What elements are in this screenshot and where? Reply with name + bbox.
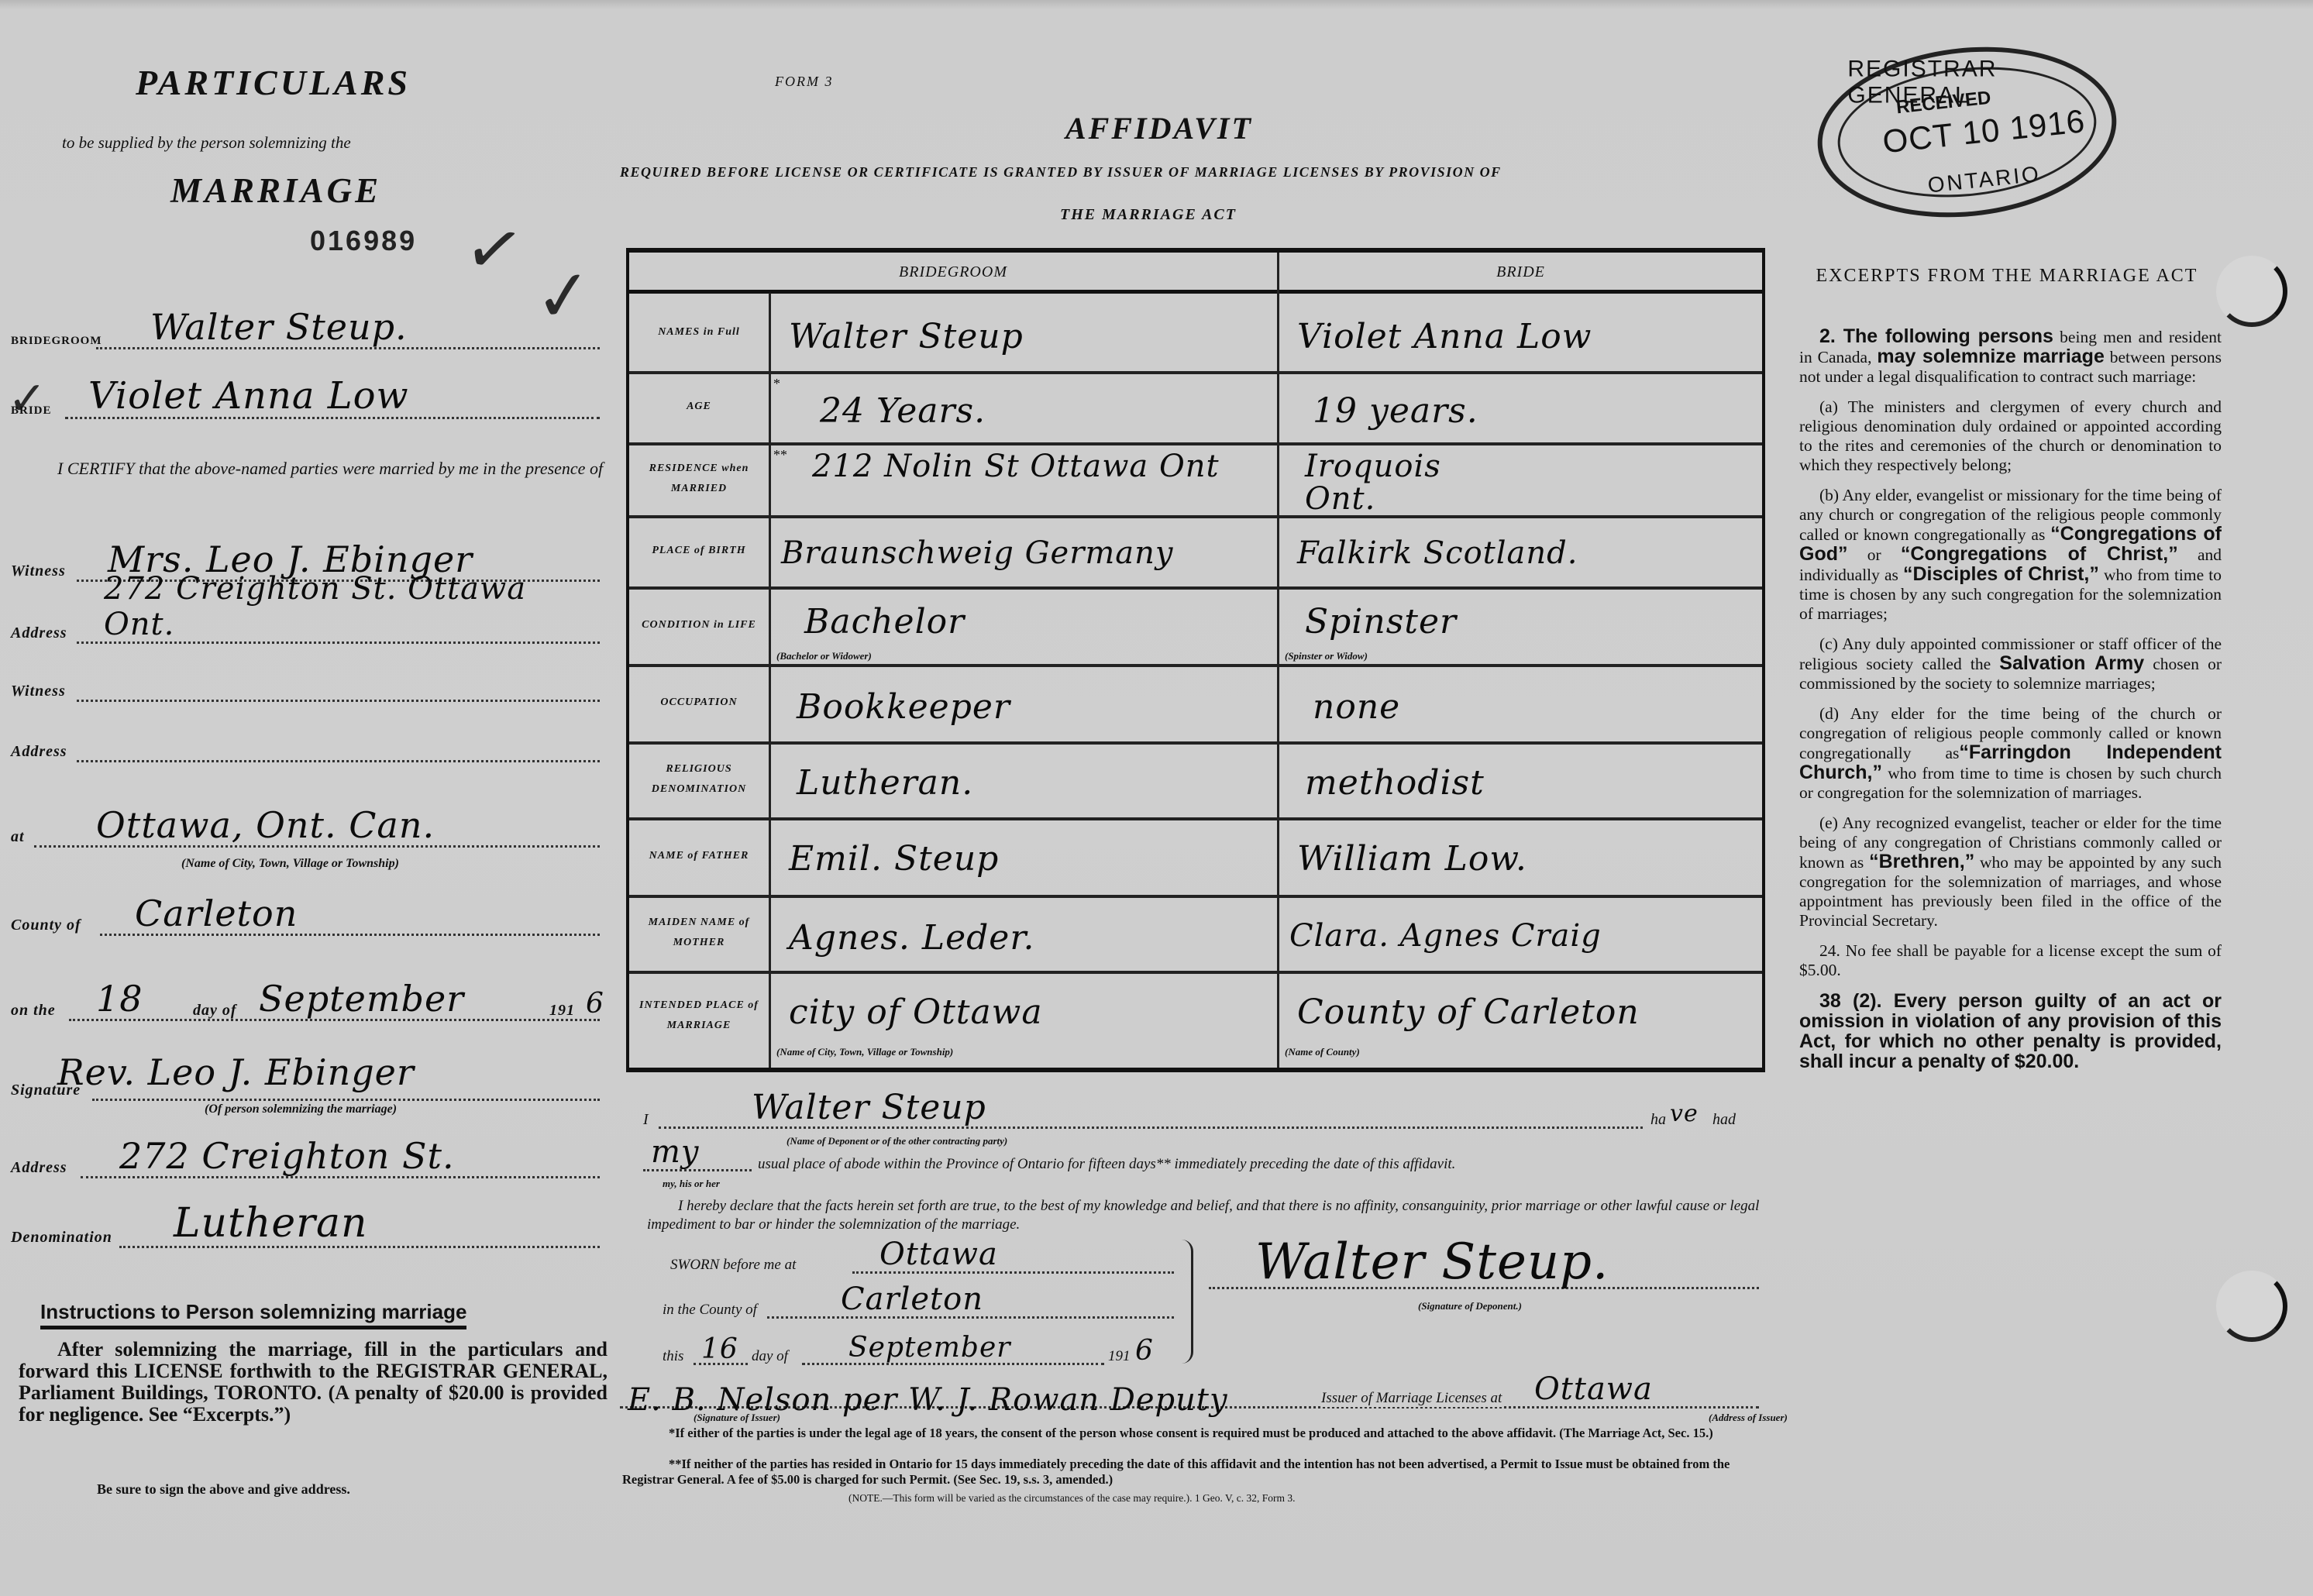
at-label: at — [11, 828, 25, 846]
instructions-note: Be sure to sign the above and give addre… — [97, 1481, 350, 1498]
bride-cell[interactable]: methodist — [1282, 741, 1762, 817]
bridegroom-cell[interactable]: Emil. Steup — [773, 817, 1277, 895]
row-label: NAME of FATHER — [629, 817, 769, 895]
bride-field[interactable]: BRIDE Violet Anna Low — [11, 391, 600, 422]
excerpts-body: 2. The following persons being men and r… — [1799, 327, 2222, 1082]
form-label: FORM 3 — [775, 74, 833, 90]
section-2: 2. The following persons being men and r… — [1799, 327, 2222, 387]
deponent-field[interactable]: I Walter Steup ha ve had — [643, 1089, 1759, 1135]
excerpts-title: EXCERPTS FROM THE MARRIAGE ACT — [1798, 263, 2216, 288]
issuer-address-caption: (Address of Issuer) — [1709, 1412, 1788, 1424]
place-field[interactable]: at Ottawa, Ont. Can. (Name of City, Town… — [11, 820, 600, 851]
address1-value: 272 Creighton St. Ottawa Ont. — [104, 571, 600, 642]
abode-text: usual place of abode within the Province… — [758, 1156, 1455, 1173]
bride-cell[interactable]: William Low. — [1282, 817, 1762, 895]
instructions-title: Instructions to Person solemnizing marri… — [40, 1300, 466, 1329]
section-2a: (a) The ministers and clergymen of every… — [1799, 397, 2222, 475]
abode-value: my — [651, 1134, 700, 1170]
county-field[interactable]: County of Carleton — [11, 908, 600, 939]
witness2-field[interactable]: Witness — [11, 674, 600, 705]
sworn-date-field[interactable]: this 16 day of September 191 6 — [663, 1331, 1174, 1370]
row-label: RESIDENCE when MARRIED — [629, 442, 769, 515]
issuer-field[interactable]: E. B. Nelson per W. J. Rowan Deputy Issu… — [620, 1371, 1759, 1418]
section-38-2: 38 (2). Every person guilty of an act or… — [1799, 991, 2222, 1071]
county-label: County of — [11, 917, 81, 934]
row-label: CONDITION in LIFE — [629, 586, 769, 664]
footnote-residence: **If neither of the parties has resided … — [622, 1457, 1761, 1488]
sworn-day-value: 16 — [701, 1333, 738, 1365]
deponent-value: Walter Steup — [752, 1088, 986, 1127]
issuer-address: Ottawa — [1534, 1371, 1653, 1407]
bridegroom-cell[interactable]: Bachelor (Bachelor or Widower) — [773, 586, 1277, 664]
row-label: NAMES in Full — [629, 294, 769, 371]
bridegroom-cell[interactable]: Agnes. Leder. — [773, 895, 1277, 971]
year-prefix: 191 — [549, 1002, 575, 1020]
affidavit-table: BRIDEGROOM BRIDE NAMES in Full Walter St… — [626, 248, 1765, 1072]
address3-field[interactable]: Address 272 Creighton St. — [11, 1151, 600, 1182]
bride-cell[interactable]: County of Carleton (Name of County) — [1282, 971, 1762, 1060]
affidavit-subtitle: REQUIRED BEFORE LICENSE OR CERTIFICATE I… — [620, 164, 1502, 181]
form-note: (NOTE.—This form will be varied as the c… — [848, 1492, 1295, 1505]
signature-caption: (Of person solemnizing the marriage) — [205, 1102, 397, 1116]
bridegroom-cell[interactable]: Walter Steup — [773, 294, 1277, 371]
brace — [1182, 1240, 1193, 1364]
footnote-age: *If either of the parties is under the l… — [622, 1426, 1761, 1441]
declaration-text: I hereby declare that the facts herein s… — [647, 1197, 1763, 1234]
registrar-received-stamp: REGISTRAR GENERAL RECEIVED OCT 10 1916 O… — [1809, 33, 2125, 231]
deponent-signature-field[interactable]: Walter Steup. — [1209, 1232, 1759, 1294]
address2-field[interactable]: Address — [11, 734, 600, 765]
abode-caption: my, his or her — [663, 1178, 720, 1190]
denomination-label: Denomination — [11, 1229, 112, 1247]
witness1-label: Witness — [11, 562, 66, 580]
column-header-bride: BRIDE — [1279, 253, 1762, 294]
bridegroom-value: Walter Steup. — [150, 306, 408, 348]
bride-cell[interactable]: Violet Anna Low — [1282, 294, 1762, 371]
bridegroom-cell[interactable]: * 24 Years. — [773, 371, 1277, 442]
marriage-heading: MARRIAGE — [170, 170, 381, 211]
date-field[interactable]: on the 18 day of September 191 6 — [11, 993, 600, 1024]
marriage-license-document: PARTICULARS to be supplied by the person… — [0, 0, 2313, 1596]
table-row: NAME of FATHER Emil. Steup William Low. — [629, 817, 1762, 898]
signature-field[interactable]: Signature Rev. Leo J. Ebinger (Of person… — [11, 1073, 600, 1104]
sworn-county-value: Carleton — [841, 1281, 983, 1317]
bridegroom-cell[interactable]: Braunschweig Germany — [773, 515, 1277, 586]
affidavit-act: THE MARRIAGE ACT — [1060, 206, 1237, 224]
row-label: PLACE of BIRTH — [629, 515, 769, 586]
witness2-label: Witness — [11, 683, 66, 700]
bride-value: Violet Anna Low — [88, 374, 409, 418]
month-value: September — [259, 978, 464, 1020]
form-number: 016989 — [310, 225, 417, 257]
checkmark-icon: ✓ — [458, 205, 530, 295]
place-caption: (Name of City, Town, Village or Township… — [181, 857, 399, 871]
deponent-signature: Walter Steup. — [1255, 1233, 1609, 1291]
bride-cell[interactable]: Iroquois Ont. — [1282, 442, 1762, 515]
table-row: AGE * 24 Years. 19 years. — [629, 371, 1762, 445]
signature-value: Rev. Leo J. Ebinger — [57, 1051, 415, 1093]
year-suffix: 6 — [586, 988, 604, 1020]
bride-cell[interactable]: Clara. Agnes Craig — [1282, 895, 1762, 971]
address1-label: Address — [11, 624, 67, 642]
day-value: 18 — [96, 978, 143, 1020]
address1-field[interactable]: Address 272 Creighton St. Ottawa Ont. — [11, 616, 600, 647]
bride-cell[interactable]: Falkirk Scotland. — [1282, 515, 1762, 586]
table-row: MAIDEN NAME of MOTHER Agnes. Leder. Clar… — [629, 895, 1762, 974]
have-value: ve — [1670, 1100, 1699, 1127]
denomination-field[interactable]: Denomination Lutheran — [11, 1220, 600, 1251]
particulars-title: PARTICULARS — [136, 62, 411, 103]
section-2d: (d) Any elder for the time being of the … — [1799, 704, 2222, 803]
table-row: INTENDED PLACE of MARRIAGE city of Ottaw… — [629, 971, 1762, 1060]
bride-cell[interactable]: Spinster (Spinster or Widow) — [1282, 586, 1762, 664]
abode-field[interactable]: my usual place of abode within the Provi… — [643, 1139, 1759, 1178]
bridegroom-cell[interactable]: Lutheran. — [773, 741, 1277, 817]
section-2e: (e) Any recognized evangelist, teacher o… — [1799, 813, 2222, 930]
bridegroom-label: BRIDEGROOM — [11, 335, 102, 348]
punch-hole-icon — [2216, 1271, 2287, 1342]
row-label: AGE — [629, 371, 769, 442]
denomination-value: Lutheran — [174, 1200, 368, 1247]
column-header-bridegroom: BRIDEGROOM — [629, 253, 1277, 294]
affidavit-title: AFFIDAVIT — [1065, 110, 1253, 146]
sworn-at-value: Ottawa — [879, 1237, 998, 1272]
deponent-signature-caption: (Signature of Deponent.) — [1418, 1300, 1522, 1312]
address2-label: Address — [11, 743, 67, 761]
row-label: RELIGIOUS DENOMINATION — [629, 741, 769, 817]
address3-value: 272 Creighton St. — [119, 1135, 455, 1177]
row-label: INTENDED PLACE of MARRIAGE — [629, 971, 769, 1060]
table-row: RELIGIOUS DENOMINATION Lutheran. methodi… — [629, 741, 1762, 820]
day-of-label: day of — [193, 1002, 237, 1020]
bridegroom-cell[interactable]: Bookkeeper — [773, 664, 1277, 741]
punch-hole-icon — [2216, 256, 2287, 327]
table-row: PLACE of BIRTH Braunschweig Germany Falk… — [629, 515, 1762, 590]
certify-statement: I CERTIFY that the above-named parties w… — [11, 457, 608, 480]
sworn-year-suffix: 6 — [1135, 1335, 1154, 1367]
on-the-label: on the — [11, 1002, 56, 1020]
bridegroom-cell[interactable]: ** 212 Nolin St Ottawa Ont — [773, 442, 1277, 515]
row-label: MAIDEN NAME of MOTHER — [629, 895, 769, 971]
bride-cell[interactable]: none — [1282, 664, 1762, 741]
issuer-caption: (Signature of Issuer) — [694, 1412, 780, 1424]
section-24: 24. No fee shall be payable for a licens… — [1799, 941, 2222, 980]
table-row: OCCUPATION Bookkeeper none — [629, 664, 1762, 745]
section-2b: (b) Any elder, evangelist or missionary … — [1799, 486, 2222, 624]
bride-cell[interactable]: 19 years. — [1282, 371, 1762, 442]
instructions-body: After solemnizing the marriage, fill in … — [19, 1339, 608, 1426]
sworn-month-value: September — [848, 1332, 1010, 1364]
row-label: OCCUPATION — [629, 664, 769, 741]
table-row: NAMES in Full Walter Steup Violet Anna L… — [629, 294, 1762, 374]
section-2c: (c) Any duly appointed commissioner or s… — [1799, 635, 2222, 693]
bridegroom-field[interactable]: BRIDEGROOM Walter Steup. — [11, 322, 600, 353]
county-value: Carleton — [135, 893, 298, 934]
table-row: CONDITION in LIFE Bachelor (Bachelor or … — [629, 586, 1762, 667]
bride-label: BRIDE — [11, 404, 52, 418]
sworn-county-field[interactable]: in the County of Carleton — [663, 1285, 1174, 1323]
particulars-subtitle: to be supplied by the person solemnizing… — [62, 133, 351, 153]
bridegroom-cell[interactable]: city of Ottawa (Name of City, Town, Vill… — [773, 971, 1277, 1060]
address3-label: Address — [11, 1159, 67, 1177]
sworn-at-field[interactable]: SWORN before me at Ottawa — [663, 1240, 1174, 1278]
table-row: RESIDENCE when MARRIED ** 212 Nolin St O… — [629, 442, 1762, 518]
place-value: Ottawa, Ont. Can. — [96, 804, 435, 846]
